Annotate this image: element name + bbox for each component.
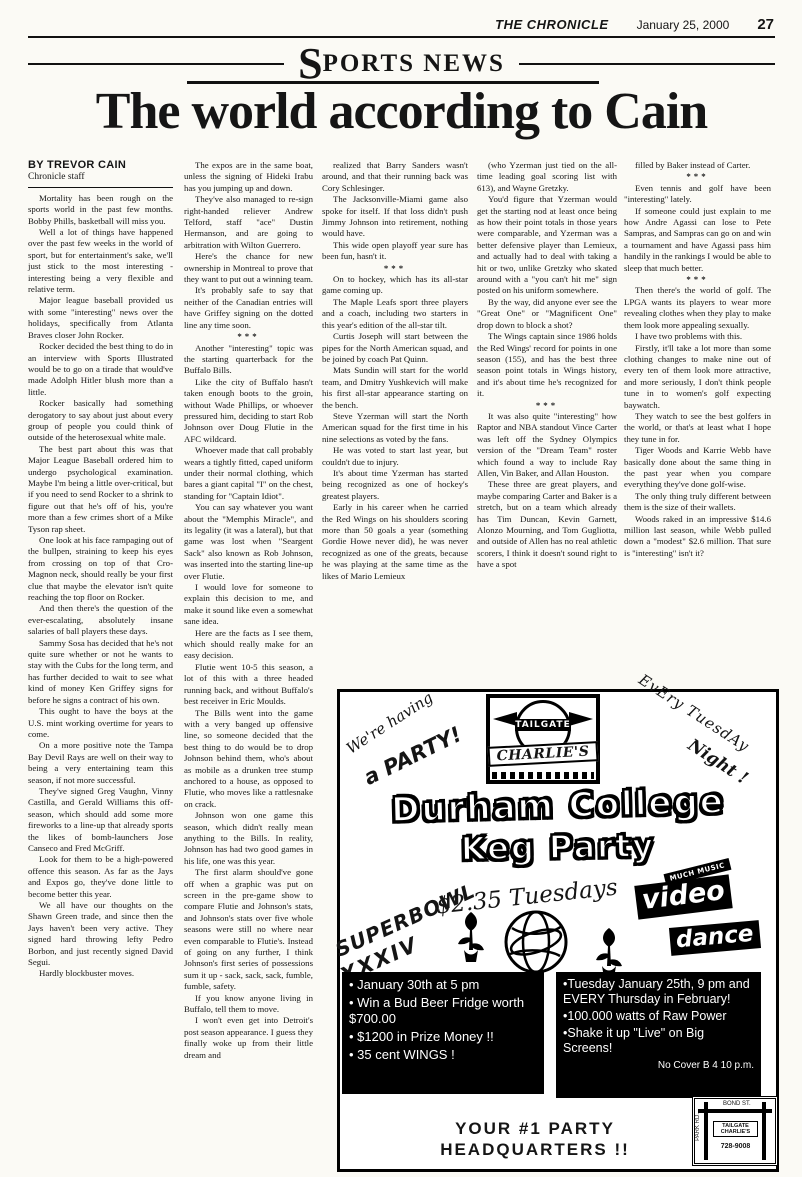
- article-paragraph: Another "interesting" topic was the star…: [184, 343, 313, 377]
- logo-charlies-banner: CHARLIE'S: [488, 741, 599, 767]
- masthead: THE CHRONICLE January 25, 2000 27: [495, 16, 774, 33]
- article-paragraph: The Maple Leafs sport three players and …: [322, 297, 468, 331]
- article-paragraph: On to hockey, which has its all-star gam…: [322, 274, 468, 297]
- article-paragraph: It's probably safe to say that neither o…: [184, 285, 313, 331]
- article-paragraph: Even tennis and golf have been "interest…: [624, 183, 771, 206]
- logo-wing-left-icon: [493, 712, 517, 726]
- article-paragraph: They've also managed to re-sign right-ha…: [184, 194, 313, 251]
- article-paragraph: Rocker decided the best thing to do in a…: [28, 341, 173, 398]
- article-paragraph: The Jacksonville-Miami game also spoke f…: [322, 194, 468, 240]
- article-paragraph: (who Yzerman just tied on the all-time l…: [477, 160, 617, 194]
- map-venue-label: TAILGATE CHARLIE'S: [713, 1121, 758, 1137]
- map-road-vertical-left: [704, 1102, 708, 1160]
- article-paragraph: I won't even get into Detroit's post sea…: [184, 1015, 313, 1061]
- logo-tailgate-label: TAILGATE: [515, 719, 571, 731]
- article-paragraph: You'd figure that Yzerman would get the …: [477, 194, 617, 297]
- article-paragraph: This ought to have the boys at the U.S. …: [28, 706, 173, 740]
- article-paragraph: Mortality has been rough on the sports w…: [28, 193, 173, 227]
- banner-line-right: [519, 63, 775, 65]
- ad-footer-slogan: YOUR #1 PARTY HEADQUARTERS !!: [410, 1118, 660, 1160]
- map-phone-number: 728-9008: [713, 1143, 758, 1150]
- logo-decorative-band: [492, 772, 594, 779]
- article-paragraph: He was voted to start last year, but cou…: [322, 445, 468, 468]
- headline: The world according to Cain: [28, 82, 775, 141]
- ad-promo-box-right: •Tuesday January 25th, 9 pm and EVERY Th…: [556, 972, 761, 1098]
- article-column-3: realized that Barry Sanders wasn't aroun…: [322, 160, 468, 684]
- ad-promo-box-left: • January 30th at 5 pm• Win a Bud Beer F…: [342, 972, 544, 1094]
- ad-bullet: • 35 cent WINGS !: [349, 1047, 537, 1063]
- ad-footer-line-1: YOUR #1 PARTY: [410, 1118, 660, 1139]
- article-paragraph: They watch to see the best golfers in th…: [624, 411, 771, 445]
- article-paragraph: Hardly blockbuster moves.: [28, 968, 173, 979]
- article-column-1-text: Mortality has been rough on the sports w…: [28, 193, 173, 980]
- ad-promo-box-right-bullets: •Tuesday January 25th, 9 pm and EVERY Th…: [563, 977, 754, 1056]
- ad-title-durham-college: Durham College: [340, 780, 777, 831]
- paper-name: THE CHRONICLE: [495, 17, 608, 32]
- video-dance-word-dance: dance: [669, 920, 761, 956]
- map-street-top-label: BOND ST.: [723, 1101, 751, 1107]
- article-paragraph: ***: [624, 171, 771, 182]
- ad-footer-line-2: HEADQUARTERS !!: [410, 1139, 660, 1160]
- article-paragraph: One look at his face rampaging out of th…: [28, 535, 173, 603]
- tailgate-charlies-logo: TAILGATE CHARLIE'S: [486, 694, 600, 784]
- ad-bullet: • January 30th at 5 pm: [349, 977, 537, 993]
- tailgate-charlies-ad: We're having a PARTY! EvEry TuesdAy Nigh…: [337, 689, 779, 1172]
- article-paragraph: If you know anyone living in Buffalo, te…: [184, 993, 313, 1016]
- article-paragraph: By the way, did anyone ever see the "Gre…: [477, 297, 617, 331]
- article-paragraph: It's about time Yzerman has started bein…: [322, 468, 468, 502]
- article-paragraph: Well a lot of things have happened over …: [28, 227, 173, 295]
- article-paragraph: Look for them to be a high-powered offen…: [28, 854, 173, 900]
- map-road-horizontal: [698, 1109, 772, 1113]
- article-paragraph: The Bills went into the game with a very…: [184, 708, 313, 811]
- article-paragraph: Curtis Joseph will start between the pip…: [322, 331, 468, 365]
- article-paragraph: You can say whatever you want about the …: [184, 502, 313, 582]
- article-paragraph: The best part about this was that Major …: [28, 444, 173, 535]
- section-title-rest: PORTS NEWS: [323, 50, 505, 77]
- page-number: 27: [757, 16, 774, 33]
- banner-line-left: [28, 63, 284, 65]
- section-title: SPORTS NEWS: [284, 42, 519, 86]
- issue-date: January 25, 2000: [637, 18, 730, 32]
- article-paragraph: Like the city of Buffalo hasn't taken en…: [184, 377, 313, 445]
- article-paragraph: ***: [184, 331, 313, 342]
- location-map: BOND ST. PARK RD. TAILGATE CHARLIE'S 728…: [692, 1096, 778, 1166]
- article-column-4: (who Yzerman just tied on the all-time l…: [477, 160, 617, 684]
- article-paragraph: The expos are in the same boat, unless t…: [184, 160, 313, 194]
- article-paragraph: realized that Barry Sanders wasn't aroun…: [322, 160, 468, 194]
- article-paragraph: Woods raked in an impressive $14.6 milli…: [624, 514, 771, 560]
- article-paragraph: The only thing truly different between t…: [624, 491, 771, 514]
- section-banner: SPORTS NEWS: [28, 42, 775, 86]
- article-paragraph: Mats Sundin will start for the world tea…: [322, 365, 468, 411]
- masthead-rule: [28, 36, 775, 38]
- video-dance-word-video: video: [634, 874, 732, 919]
- article-paragraph: Sammy Sosa has decided that he's not qui…: [28, 638, 173, 706]
- article-paragraph: It was also quite "interesting" how Rapt…: [477, 411, 617, 479]
- article-paragraph: Early in his career when he carried the …: [322, 502, 468, 582]
- rose-doodle: [454, 910, 488, 967]
- article-paragraph: This wide open playoff year sure has bee…: [322, 240, 468, 263]
- article-paragraph: Johnson won one game this season, which …: [184, 810, 313, 867]
- ad-bullet: •Shake it up "Live" on Big Screens!: [563, 1026, 754, 1056]
- article-paragraph: Then there's the world of golf. The LPGA…: [624, 285, 771, 331]
- video-dance-logo: MUCH MUSIC video dance: [634, 862, 776, 987]
- article-paragraph: And then there's the question of the eve…: [28, 603, 173, 637]
- article-paragraph: Here's the chance for new ownership in M…: [184, 251, 313, 285]
- ad-bullet: •Tuesday January 25th, 9 pm and EVERY Th…: [563, 977, 754, 1007]
- article-paragraph: I would love for someone to explain this…: [184, 582, 313, 628]
- no-cover-note: No Cover B 4 10 p.m.: [563, 1058, 754, 1073]
- article-paragraph: Rocker basically had something derogator…: [28, 398, 173, 444]
- article-paragraph: Steve Yzerman will start the North Ameri…: [322, 411, 468, 445]
- article-paragraph: The Wings captain since 1986 holds the R…: [477, 331, 617, 399]
- newspaper-page: THE CHRONICLE January 25, 2000 27 SPORTS…: [0, 0, 802, 1177]
- article-column-2: The expos are in the same boat, unless t…: [184, 160, 313, 1061]
- article-paragraph: Major league baseball provided us with s…: [28, 295, 173, 341]
- article-paragraph: If someone could just explain to me how …: [624, 206, 771, 274]
- article-paragraph: We all have our thoughts on the Shawn Gr…: [28, 900, 173, 968]
- article-paragraph: Flutie went 10-5 this season, a lot of t…: [184, 662, 313, 708]
- map-road-vertical-right: [762, 1102, 766, 1160]
- article-paragraph: ***: [624, 274, 771, 285]
- article-paragraph: ***: [477, 400, 617, 411]
- article-paragraph: These three are great players, and maybe…: [477, 479, 617, 570]
- map-street-left-label: PARK RD.: [695, 1113, 701, 1141]
- article-paragraph: ***: [322, 263, 468, 274]
- byline-credit: Chronicle staff: [28, 171, 173, 187]
- ad-bullet: • $1200 in Prize Money !!: [349, 1029, 537, 1045]
- article-column-5: filled by Baker instead of Carter.***Eve…: [624, 160, 771, 684]
- article-paragraph: Whoever made that call probably wears a …: [184, 445, 313, 502]
- article-column-1: BY TREVOR CAIN Chronicle staff Mortality…: [28, 160, 173, 980]
- article-paragraph: On a more positive note the Tampa Bay De…: [28, 740, 173, 786]
- article-paragraph: They've signed Greg Vaughn, Vinny Castil…: [28, 786, 173, 854]
- article-paragraph: Tiger Woods and Karrie Webb have basical…: [624, 445, 771, 491]
- article-paragraph: filled by Baker instead of Carter.: [624, 160, 771, 171]
- byline: BY TREVOR CAIN: [28, 160, 173, 171]
- ad-bullet: • Win a Bud Beer Fridge worth $700.00: [349, 995, 537, 1027]
- article-paragraph: Firstly, it'll take a lot more than some…: [624, 343, 771, 411]
- article-paragraph: I have two problems with this.: [624, 331, 771, 342]
- logo-wing-right-icon: [569, 712, 593, 726]
- article-paragraph: The first alarm should've gone off when …: [184, 867, 313, 992]
- ad-bullet: •100.000 watts of Raw Power: [563, 1009, 754, 1024]
- article-paragraph: Here are the facts as I see them, which …: [184, 628, 313, 662]
